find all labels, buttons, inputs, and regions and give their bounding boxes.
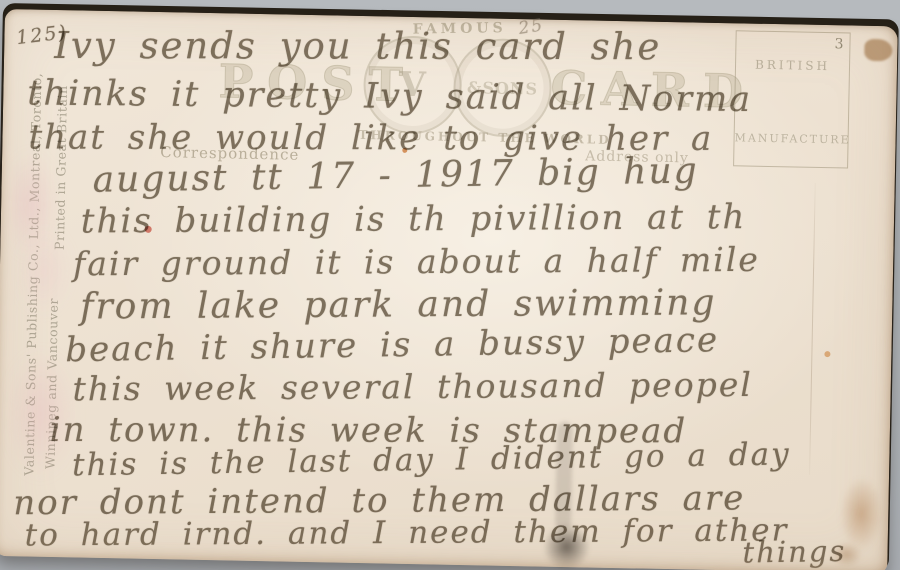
handwriting-line: things	[742, 534, 846, 570]
corner-chip-stain	[864, 39, 892, 62]
handwriting-line: thinks it pretty Ivy said all Norma	[27, 73, 752, 120]
handwriting-line: this week several thousand peopel	[72, 365, 753, 409]
stamp-box-british-label: BRITISH	[736, 57, 849, 73]
publisher-cities-imprint: Winnipeg and Vancouver	[42, 282, 61, 484]
postcard-back: FAMOUS POST CARD V &SONS THROUGHOUT THE …	[0, 9, 898, 570]
postcard-scan: FAMOUS POST CARD V &SONS THROUGHOUT THE …	[0, 0, 900, 570]
handwriting-line: beach it shure is a bussy peace	[65, 320, 719, 370]
handwriting-line: fair ground it is about a half mile	[73, 240, 760, 284]
paper-crease-line	[809, 183, 816, 475]
handwriting-line: to hard irnd. and I need them for ather	[25, 512, 789, 553]
handwriting-line: Ivy sends you this card she	[54, 24, 661, 68]
orange-speck	[824, 351, 830, 357]
stamp-box-manufacture-label: MANUFACTURE	[734, 131, 847, 146]
handwriting-line: august tt 17 - 1917 big hug	[92, 150, 699, 200]
stamp-box-number: 3	[834, 36, 843, 52]
handwriting-line: this building is th pivillion at th	[81, 197, 747, 241]
